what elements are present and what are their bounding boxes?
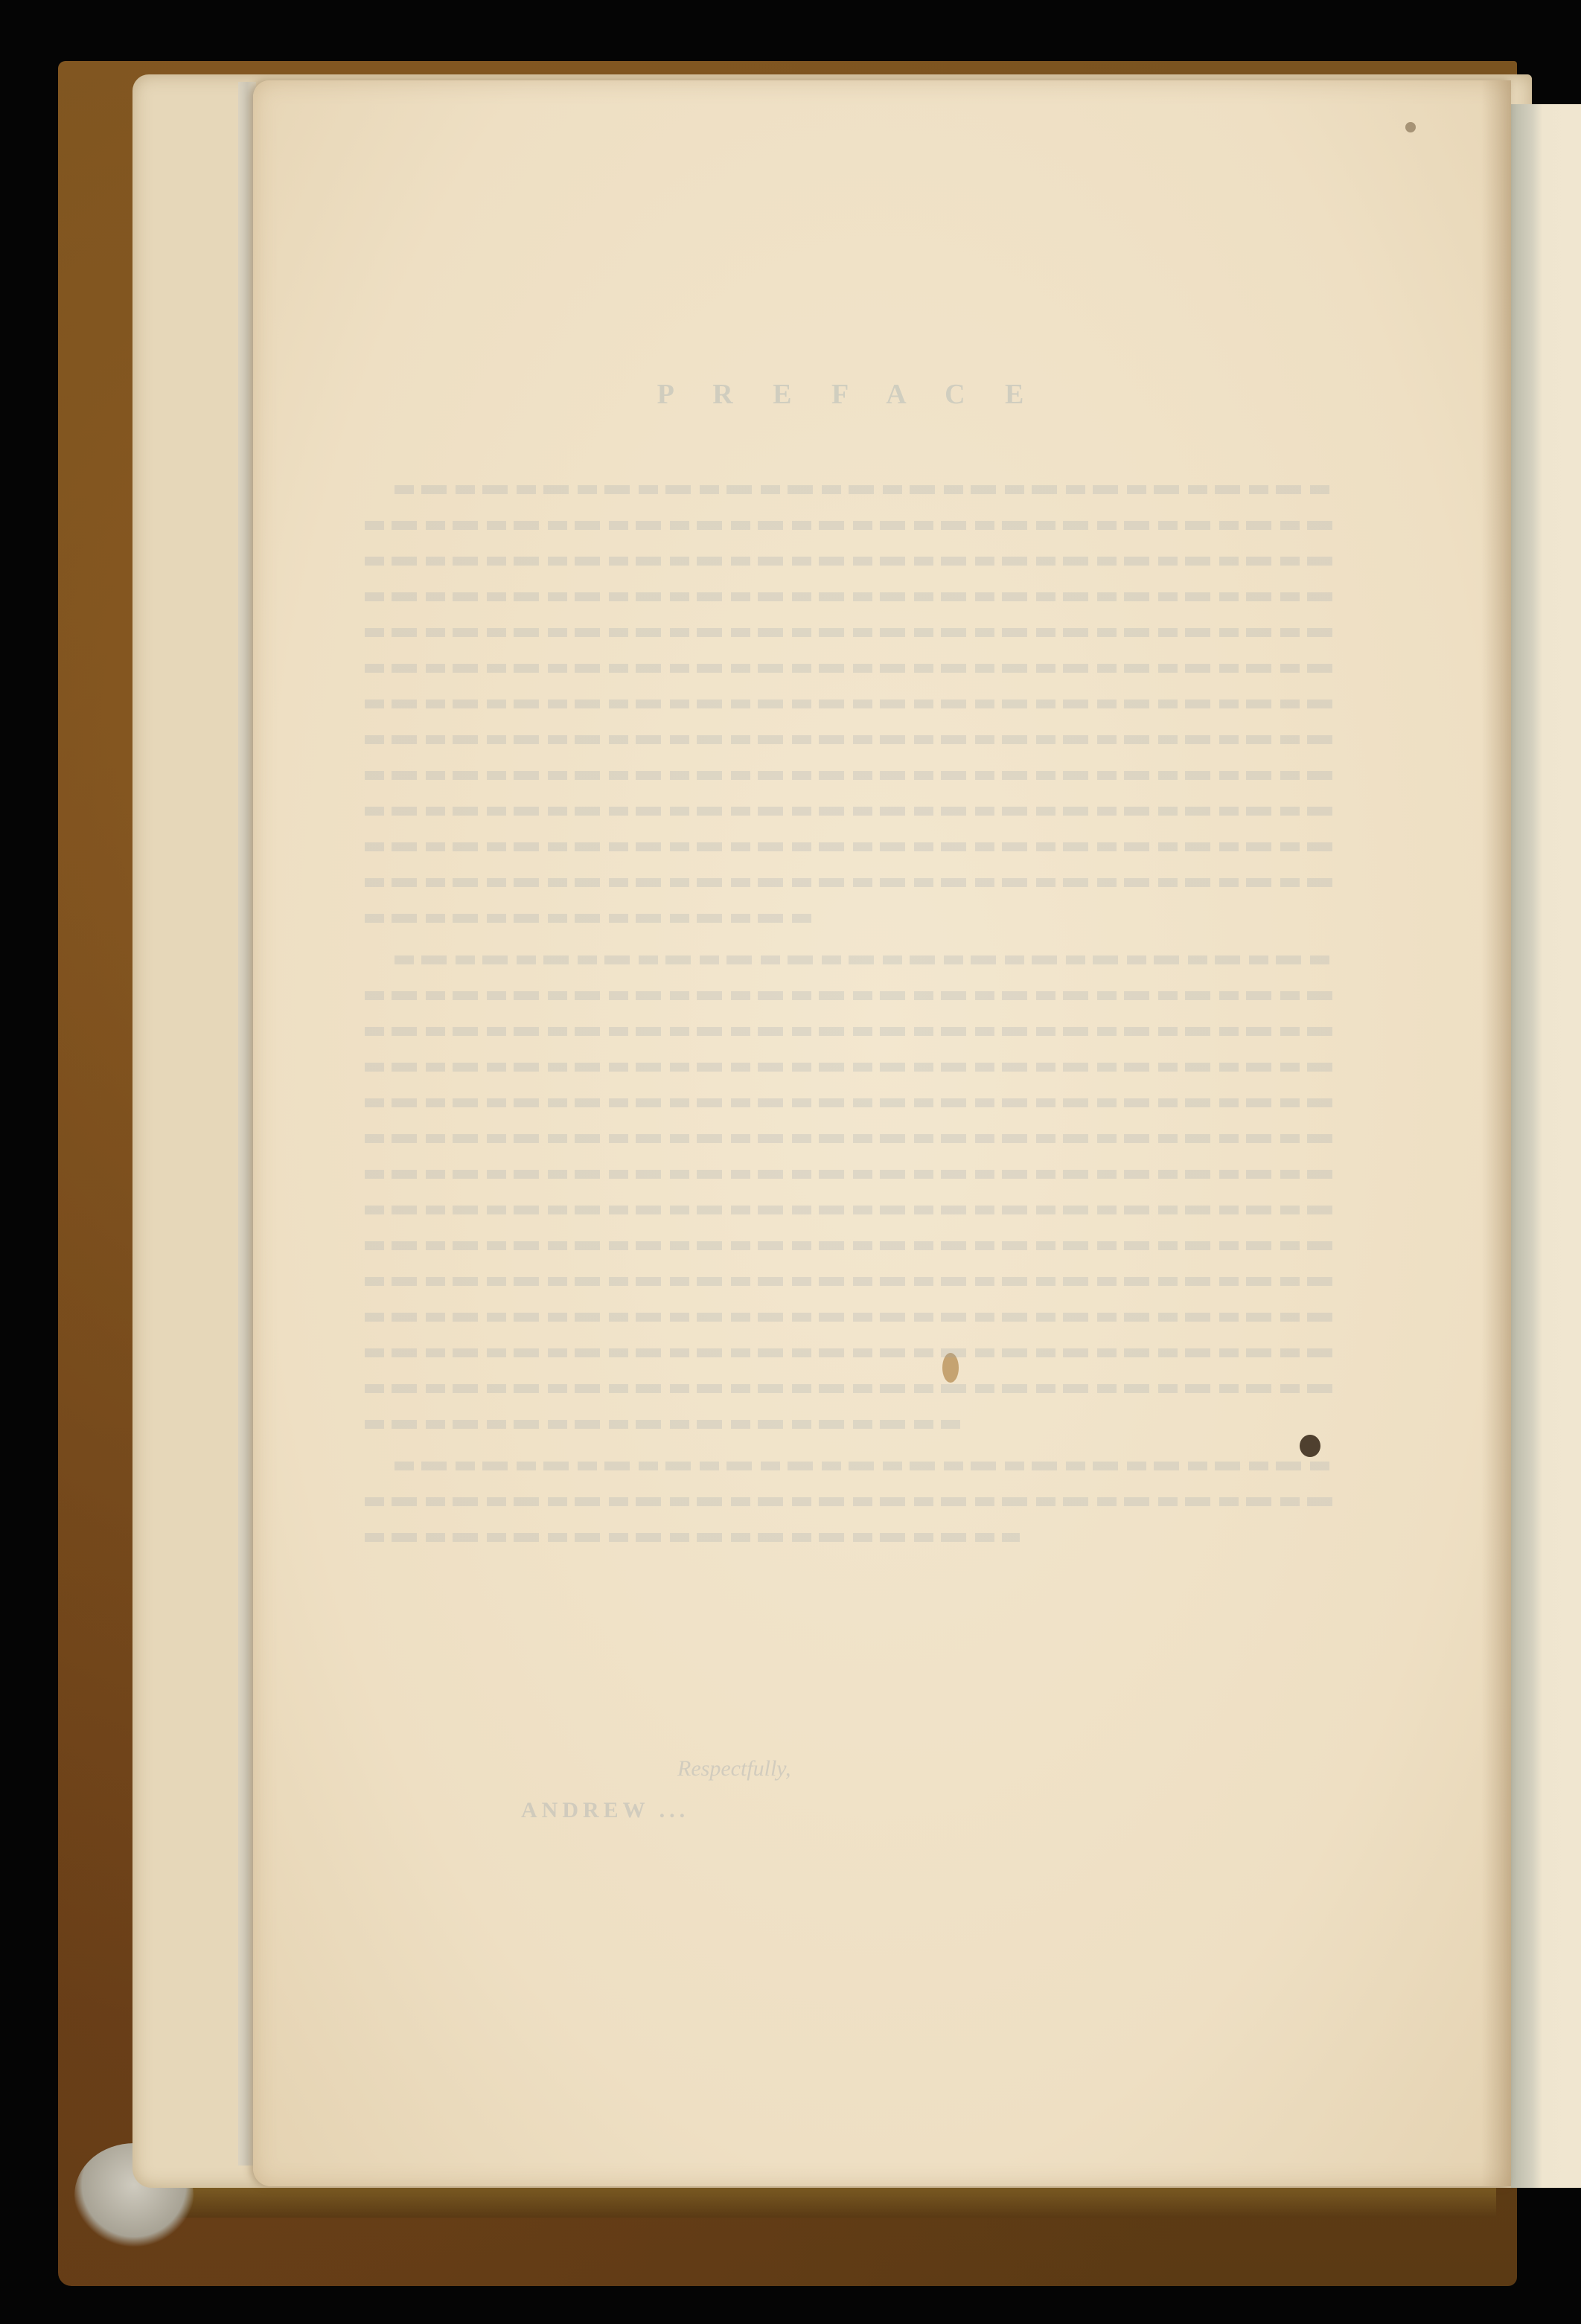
text-line bbox=[365, 765, 1332, 780]
text-line bbox=[365, 1342, 1332, 1357]
text-line bbox=[365, 1200, 1332, 1214]
text-line bbox=[365, 985, 1332, 1000]
text-line bbox=[395, 1456, 1332, 1470]
text-line bbox=[395, 479, 1332, 494]
text-line bbox=[365, 1491, 1332, 1506]
text-line bbox=[365, 622, 1332, 637]
text-line bbox=[365, 1414, 960, 1429]
text-line bbox=[395, 950, 1332, 964]
text-line bbox=[365, 1271, 1332, 1286]
ink-spot bbox=[1405, 122, 1416, 132]
text-line bbox=[365, 515, 1332, 530]
text-line bbox=[365, 1092, 1332, 1107]
text-line bbox=[365, 586, 1332, 601]
facing-page-edge bbox=[1511, 104, 1581, 2188]
text-line bbox=[365, 1307, 1332, 1322]
text-line bbox=[365, 1235, 1332, 1250]
author-signature: ANDREW ... bbox=[521, 1798, 689, 1823]
text-line bbox=[365, 658, 1332, 673]
text-line bbox=[365, 836, 1332, 851]
text-line bbox=[365, 1057, 1332, 1072]
page-heading: P R E F A C E bbox=[365, 378, 1332, 411]
text-line bbox=[365, 1527, 1020, 1542]
text-line bbox=[365, 1128, 1332, 1143]
printed-text-block: P R E F A C E Respectfully, ANDREW ... bbox=[365, 80, 1332, 2186]
text-line bbox=[365, 1164, 1332, 1179]
text-line bbox=[365, 908, 811, 923]
text-line bbox=[365, 1021, 1332, 1036]
text-line bbox=[365, 801, 1332, 816]
text-line bbox=[365, 551, 1332, 566]
text-line bbox=[365, 694, 1332, 708]
text-line bbox=[365, 1378, 1332, 1393]
text-line bbox=[365, 729, 1332, 744]
text-line bbox=[365, 872, 1332, 887]
gutter-shadow bbox=[1481, 80, 1511, 2186]
book-page: P R E F A C E Respectfully, ANDREW ... bbox=[253, 80, 1511, 2186]
signoff: Respectfully, bbox=[677, 1756, 790, 1782]
